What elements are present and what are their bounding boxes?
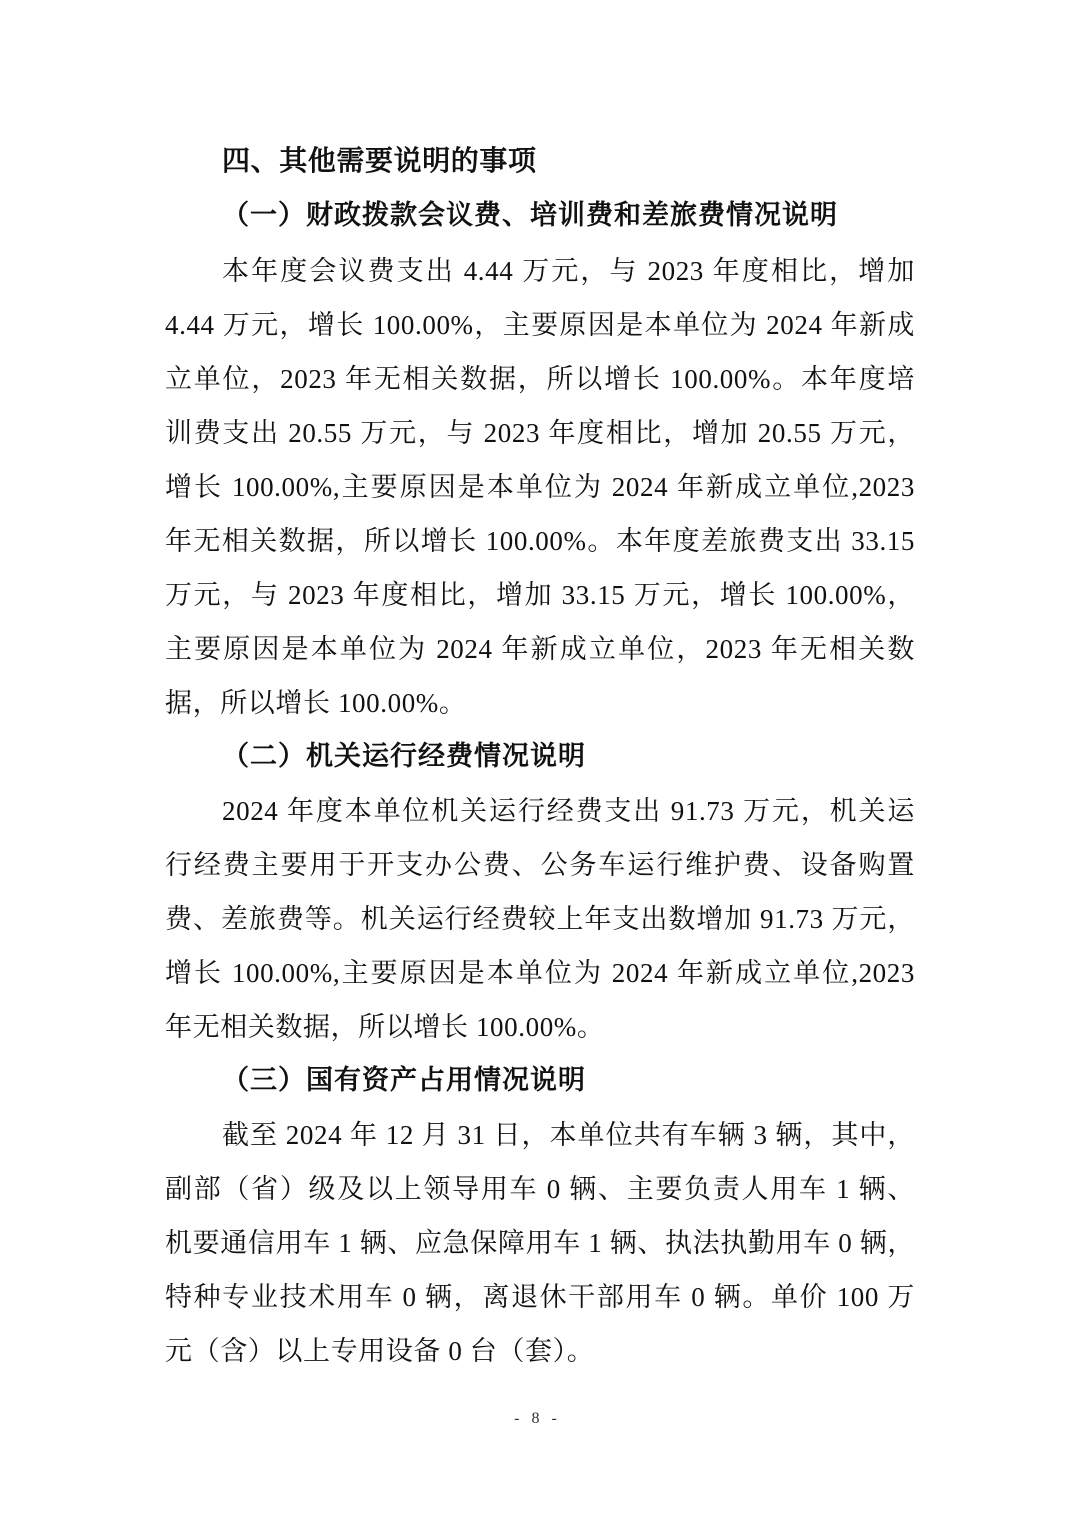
paragraph-line: 增长 100.00%,主要原因是本单位为 2024 年新成立单位,2023 — [165, 955, 915, 991]
paragraph-line: 训费支出 20.55 万元，与 2023 年度相比，增加 20.55 万元， — [165, 415, 915, 451]
page-number: - 8 - — [0, 1410, 1075, 1428]
paragraph-line: 行经费主要用于开支办公费、公务车运行维护费、设备购置 — [165, 847, 915, 883]
paragraph-line: 特种专业技术用车 0 辆，离退休干部用车 0 辆。单价 100 万 — [165, 1279, 915, 1315]
paragraph-line: 4.44 万元，增长 100.00%，主要原因是本单位为 2024 年新成 — [165, 307, 915, 343]
paragraph-line: 年无相关数据，所以增长 100.00%。本年度差旅费支出 33.15 — [165, 523, 915, 559]
paragraph-line: 机要通信用车 1 辆、应急保障用车 1 辆、执法执勤用车 0 辆， — [165, 1225, 915, 1261]
subsection-heading-3: （三）国有资产占用情况说明 — [222, 1063, 972, 1099]
paragraph-line: 费、差旅费等。机关运行经费较上年支出数增加 91.73 万元， — [165, 901, 915, 937]
paragraph-line: 截至 2024 年 12 月 31 日，本单位共有车辆 3 辆，其中， — [222, 1117, 915, 1153]
paragraph-line: 主要原因是本单位为 2024 年新成立单位，2023 年无相关数 — [165, 631, 915, 667]
document-page: 四、其他需要说明的事项 （一）财政拨款会议费、培训费和差旅费情况说明 本年度会议… — [0, 0, 1075, 1520]
paragraph-line: 元（含）以上专用设备 0 台（套）。 — [165, 1333, 915, 1369]
paragraph-line: 年无相关数据，所以增长 100.00%。 — [165, 1009, 915, 1045]
paragraph-line: 据，所以增长 100.00%。 — [165, 685, 915, 721]
paragraph-line: 立单位，2023 年无相关数据，所以增长 100.00%。本年度培 — [165, 361, 915, 397]
subsection-heading-2: （二）机关运行经费情况说明 — [222, 739, 972, 775]
paragraph-line: 副部（省）级及以上领导用车 0 辆、主要负责人用车 1 辆、 — [165, 1171, 915, 1207]
subsection-heading-1: （一）财政拨款会议费、培训费和差旅费情况说明 — [222, 198, 972, 234]
section-heading: 四、其他需要说明的事项 — [222, 143, 972, 179]
paragraph-line: 增长 100.00%,主要原因是本单位为 2024 年新成立单位,2023 — [165, 469, 915, 505]
paragraph-line: 2024 年度本单位机关运行经费支出 91.73 万元，机关运 — [222, 793, 915, 829]
paragraph-line: 本年度会议费支出 4.44 万元，与 2023 年度相比，增加 — [222, 253, 915, 289]
paragraph-line: 万元，与 2023 年度相比，增加 33.15 万元，增长 100.00%， — [165, 577, 915, 613]
